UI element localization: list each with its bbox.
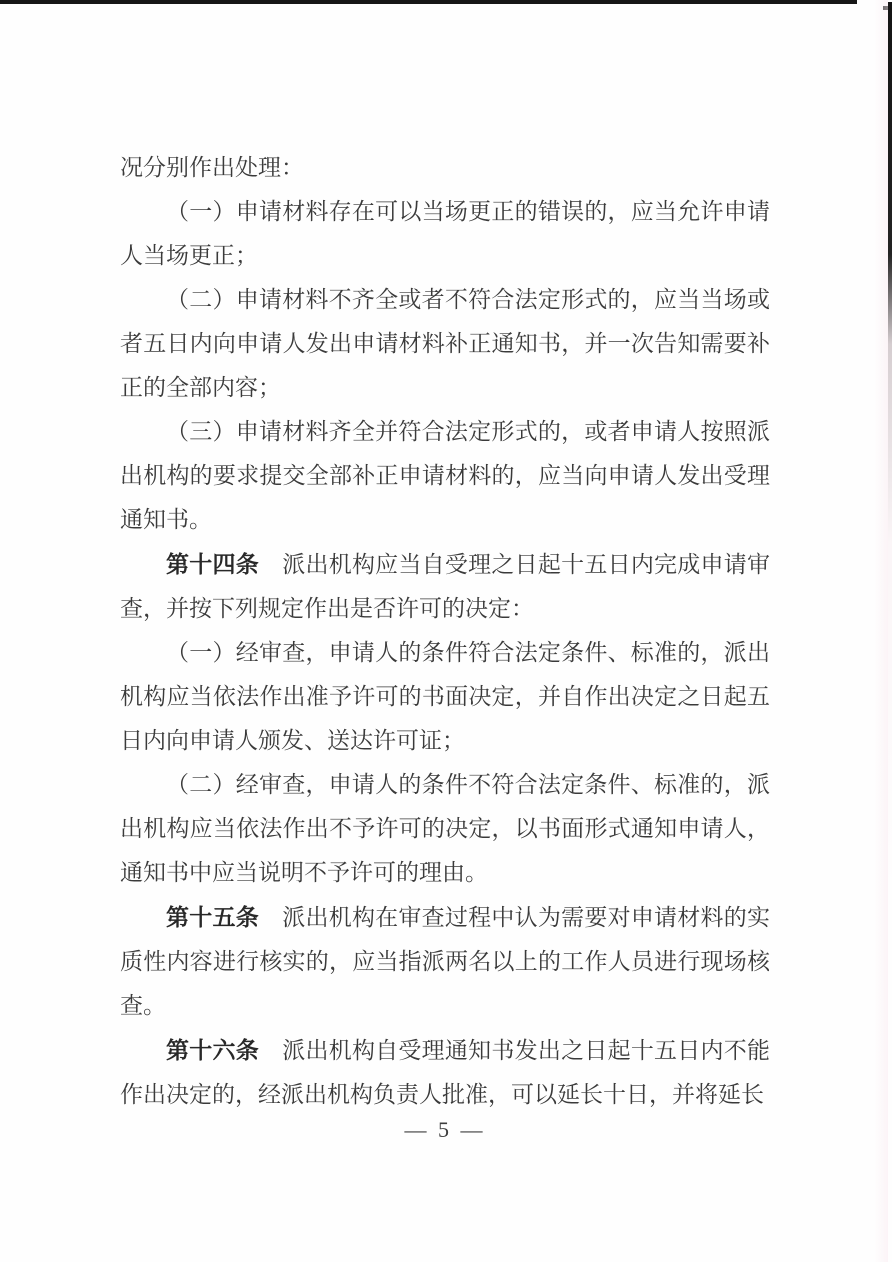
text-line: 质性内容进行核实的，应当指派两名以上的工作人员进行现场核 [120, 940, 770, 984]
article-paragraph: 第十六条 派出机构自受理通知书发出之日起十五日内不能作出决定的，经派出机构负责人… [120, 1028, 770, 1117]
text-line: 者五日内向申请人发出申请材料补正通知书，并一次告知需要补 [120, 322, 770, 366]
text-line: （一）申请材料存在可以当场更正的错误的，应当允许申请 [120, 190, 770, 234]
article-number: 第十六条 [166, 1037, 259, 1063]
paragraph: （一）申请材料存在可以当场更正的错误的，应当允许申请人当场更正； [120, 190, 770, 278]
text-line: 出机构的要求提交全部补正申请材料的，应当向申请人发出受理 [120, 454, 770, 498]
paragraph: 况分别作出处理： [120, 146, 770, 190]
article-number: 第十五条 [166, 904, 259, 930]
paragraph: （三）申请材料齐全并符合法定形式的，或者申请人按照派出机构的要求提交全部补正申请… [120, 410, 770, 542]
paragraph: （二）经审查，申请人的条件不符合法定条件、标准的，派出机构应当依法作出不予许可的… [120, 763, 770, 895]
paragraph: （一）经审查，申请人的条件符合法定条件、标准的，派出机构应当依法作出准予许可的书… [120, 631, 770, 763]
text-line: 人当场更正； [120, 234, 770, 278]
article-paragraph: 第十四条 派出机构应当自受理之日起十五日内完成申请审查，并按下列规定作出是否许可… [120, 542, 770, 631]
paragraph: （二）申请材料不齐全或者不符合法定形式的，应当当场或者五日内向申请人发出申请材料… [120, 278, 770, 410]
text-line: （一）经审查，申请人的条件符合法定条件、标准的，派出 [120, 631, 770, 675]
text-line: （二）申请材料不齐全或者不符合法定形式的，应当当场或 [120, 278, 770, 322]
text-line: 机构应当依法作出准予许可的书面决定，并自作出决定之日起五 [120, 675, 770, 719]
text-line: 正的全部内容； [120, 366, 770, 410]
text-line: 查，并按下列规定作出是否许可的决定： [120, 587, 770, 631]
document-page: 况分别作出处理：（一）申请材料存在可以当场更正的错误的，应当允许申请人当场更正；… [0, 0, 892, 1262]
scan-edge-right [888, 2, 892, 902]
text-line: 通知书中应当说明不予许可的理由。 [120, 851, 770, 895]
text-line: 通知书。 [120, 498, 770, 542]
text-line: （三）申请材料齐全并符合法定形式的，或者申请人按照派 [120, 410, 770, 454]
scan-edge-right-tint [874, 0, 888, 1262]
text-line: 第十四条 派出机构应当自受理之日起十五日内完成申请审 [120, 542, 770, 587]
page-number: — 5 — [120, 1112, 770, 1148]
article-paragraph: 第十五条 派出机构在审查过程中认为需要对申请材料的实质性内容进行核实的，应当指派… [120, 895, 770, 1028]
text-line: 作出决定的，经派出机构负责人批准，可以延长十日，并将延长 [120, 1073, 770, 1117]
text-line: 日内向申请人颁发、送达许可证； [120, 719, 770, 763]
scan-edge-top [0, 0, 857, 4]
text-line: 查。 [120, 984, 770, 1028]
text-line: （二）经审查，申请人的条件不符合法定条件、标准的，派 [120, 763, 770, 807]
text-line: 况分别作出处理： [120, 146, 770, 190]
text-line: 第十五条 派出机构在审查过程中认为需要对申请材料的实 [120, 895, 770, 940]
text-line: 出机构应当依法作出不予许可的决定，以书面形式通知申请人， [120, 807, 770, 851]
article-number: 第十四条 [166, 551, 259, 577]
text-line: 第十六条 派出机构自受理通知书发出之日起十五日内不能 [120, 1028, 770, 1073]
document-body: 况分别作出处理：（一）申请材料存在可以当场更正的错误的，应当允许申请人当场更正；… [120, 146, 770, 1117]
